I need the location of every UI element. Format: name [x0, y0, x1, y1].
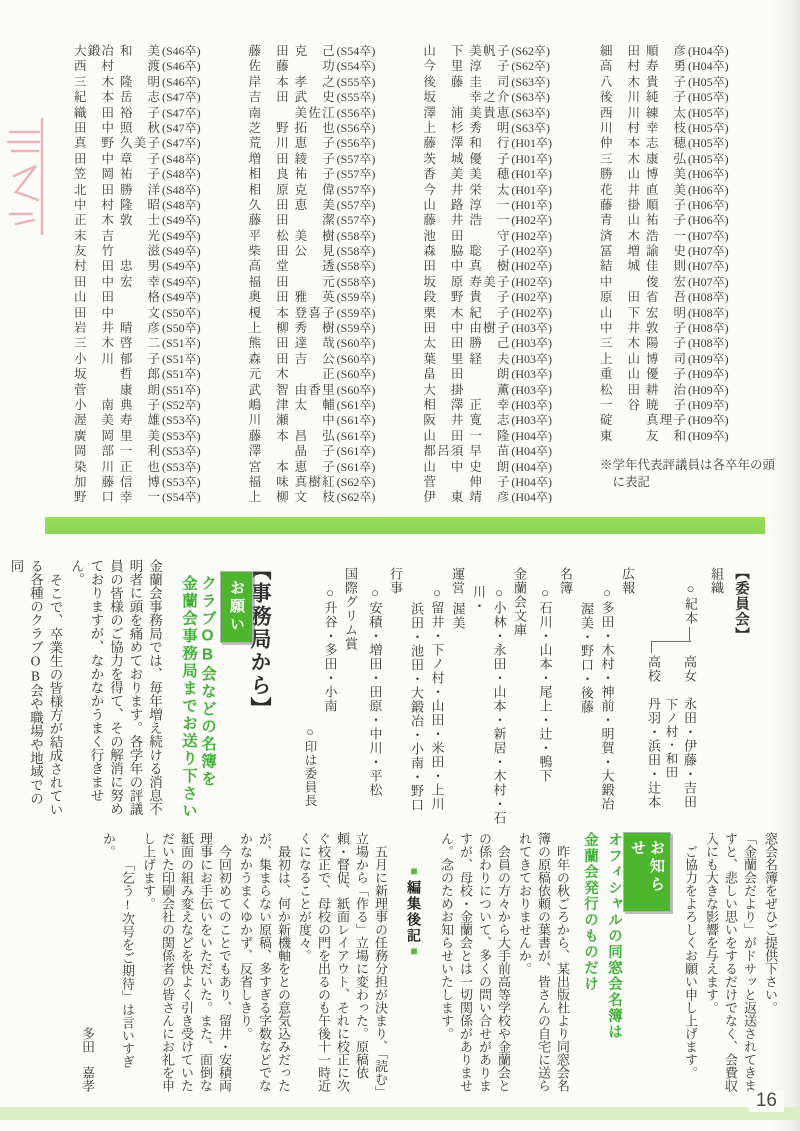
- graduation-year: (S56卒): [337, 121, 376, 135]
- committee-group-label: 広報: [617, 567, 638, 825]
- roster-row: 藤澤和行(H01卒): [423, 136, 552, 151]
- given-name: 幸一: [120, 490, 160, 505]
- given-name: 哲郎: [120, 367, 160, 382]
- graduation-year: (H06卒): [688, 167, 729, 181]
- given-name: 祐子: [120, 167, 160, 182]
- surname: 池田: [423, 229, 463, 244]
- roster-row: 畠田朗(H03卒): [423, 367, 552, 382]
- org-koko-branch: 高校 丹羽・浜田・辻本: [643, 655, 663, 809]
- graduation-year: (S54卒): [162, 490, 201, 504]
- graduation-year: (H02卒): [511, 229, 552, 243]
- graduation-year: (S49卒): [162, 244, 201, 258]
- given-name: 光: [120, 229, 160, 244]
- graduation-year: (H09卒): [688, 398, 729, 412]
- committee-group-members: ○安積・増田・田原・中川・平松: [364, 567, 385, 825]
- surname: 廣岡: [74, 429, 114, 444]
- graduation-year: (S60卒): [337, 336, 376, 350]
- graduation-year: (H03卒): [511, 336, 552, 350]
- graduation-year: (S51卒): [162, 336, 201, 350]
- given-name: 淳子: [469, 59, 509, 74]
- surname: 栗木: [423, 306, 463, 321]
- given-name: 勝洋: [120, 183, 160, 198]
- surname: 太田: [423, 336, 463, 351]
- given-name: 浩一: [646, 229, 686, 244]
- roster-row: 細田順彦(H04卒): [600, 44, 775, 59]
- given-name: 宏明: [646, 306, 686, 321]
- roster-column-3: 山下美帆子(S62卒)今里淳子(S62卒)後藤圭司(S63卒)坂幸之介(S63卒…: [423, 44, 552, 506]
- given-name: 純子: [646, 90, 686, 105]
- surname: 相原: [249, 183, 289, 198]
- given-name: 貴子: [646, 75, 686, 90]
- graduation-year: (S46卒): [162, 59, 201, 73]
- graduation-year: (H01卒): [511, 167, 552, 181]
- roster-row: 澤晶子(S61卒): [249, 444, 376, 459]
- roster-row: 小川郁子(S51卒): [74, 352, 201, 367]
- graduation-year: (S59卒): [337, 306, 376, 320]
- roster-row: 後藤圭司(S63卒): [423, 75, 552, 90]
- given-name: 耕治: [646, 383, 686, 398]
- roster-row: 野口幸一(S54卒): [74, 490, 201, 505]
- graduation-year: (H02卒): [511, 306, 552, 320]
- graduation-year: (S47卒): [162, 136, 201, 150]
- notice-badge: お知らせ: [623, 832, 671, 912]
- given-name: 敦子: [646, 321, 686, 336]
- surname: 勝山: [600, 167, 640, 182]
- graduation-year: (H04卒): [511, 475, 552, 489]
- roster-row: 坂幸之介(S63卒): [423, 90, 552, 105]
- graduation-year: (H09卒): [688, 413, 729, 427]
- graduation-year: (S61卒): [337, 398, 376, 412]
- given-name: 朗: [469, 367, 509, 382]
- graduation-year: (S47卒): [162, 90, 201, 104]
- surname: 都呂須: [423, 444, 463, 459]
- roster-row: 渥美寿雄(S53卒): [74, 413, 201, 428]
- roster-row: 山下美帆子(S62卒): [423, 44, 552, 59]
- roster-row: 香美美穂(H01卒): [423, 167, 552, 182]
- given-name: 文枝: [295, 490, 335, 505]
- graduation-year: (S61卒): [337, 429, 376, 443]
- graduation-year: (H09卒): [688, 352, 729, 366]
- graduation-year: (S47卒): [162, 106, 201, 120]
- surname: 澤: [249, 444, 289, 459]
- surname: 菅: [74, 383, 114, 398]
- graduation-year: (H08卒): [688, 321, 729, 335]
- roster-row: 原田省吾(H08卒): [600, 290, 775, 305]
- graduation-year: (S57卒): [337, 167, 376, 181]
- surname: 藤澤: [423, 136, 463, 151]
- roster-row: 榎本登喜子(S59卒): [249, 306, 376, 321]
- given-name: 郁子: [120, 352, 160, 367]
- roster-row: 真野久美子(S47卒): [74, 136, 201, 151]
- roster-row: 三木康弘(H05卒): [600, 152, 775, 167]
- graduation-year: (H02卒): [511, 213, 552, 227]
- org-kojo-branch: 高女 永田・伊藤・吉田: [679, 655, 699, 809]
- surname: 田中: [423, 321, 463, 336]
- given-name: 由樹子: [469, 321, 509, 336]
- surname: 藤田: [249, 44, 289, 59]
- given-name: 啓二: [120, 336, 160, 351]
- given-name: 秀樹: [295, 321, 335, 336]
- roster-row: 三木陽子(H08卒): [600, 336, 775, 351]
- roster-row: 田中照秋(S47卒): [74, 121, 201, 136]
- given-name: 俊宏: [646, 275, 686, 290]
- surname: 高村: [600, 59, 640, 74]
- graduation-year: (H05卒): [688, 90, 729, 104]
- surname: 岡部: [74, 444, 114, 459]
- committee-group-label: 金蘭会文庫: [509, 567, 530, 825]
- surname: 福田: [249, 275, 289, 290]
- surname: 藤掛: [600, 198, 640, 213]
- surname: 田中: [74, 275, 114, 290]
- roster-row: 田中真樹(H02卒): [423, 259, 552, 274]
- surname: 南: [249, 106, 289, 121]
- surname: 笠岡: [74, 167, 114, 182]
- given-name: 和美: [120, 44, 160, 59]
- paragraph: 「金蘭会だより」がドサッと返送されてきますと、悲しい思いをするだけでなく、会費収…: [702, 832, 759, 1092]
- graduation-year: (S60卒): [337, 352, 376, 366]
- surname: 細田: [600, 44, 640, 59]
- graduation-year: (S63卒): [511, 90, 550, 104]
- roster-row: 坂哲郎(S51卒): [74, 367, 201, 382]
- roster-row: 西川練太(H05卒): [600, 106, 775, 121]
- roster-row: 村田忠男(S49卒): [74, 259, 201, 274]
- surname: 元木: [249, 367, 289, 382]
- given-name: 直美: [646, 183, 686, 198]
- roster-row: 嶋津太輔(S61卒): [249, 398, 376, 413]
- committee-group-label: 名簿: [555, 567, 576, 825]
- given-name: 克己: [295, 44, 335, 59]
- given-name: 幸枝: [646, 121, 686, 136]
- roster-row: 上山博司(H09卒): [600, 352, 775, 367]
- given-name: 圭司: [469, 75, 509, 90]
- surname: 山田: [74, 290, 114, 305]
- graduation-year: (S50卒): [162, 321, 201, 335]
- surname: 武智: [249, 383, 289, 398]
- official-roster-notice: お知らせ オフィシャルの同窓会名簿は 金蘭会発行のものだけ: [580, 832, 671, 1092]
- graduation-year: (S62卒): [337, 475, 376, 489]
- surname: 山田: [423, 429, 463, 444]
- roster-row: 高堂透(S58卒): [249, 259, 376, 274]
- graduation-year: (S57卒): [337, 213, 376, 227]
- surname: 佐藤: [249, 59, 289, 74]
- graduation-year: (H05卒): [688, 106, 729, 120]
- surname: 真野: [74, 136, 114, 151]
- given-name: 一隆: [469, 429, 509, 444]
- roster-column-1: 大鍛冶和美(S46卒)西村渡(S46卒)三木隆明(S46卒)紀本岳志(S47卒)…: [74, 44, 201, 506]
- roster-row: 田中文(S50卒): [74, 306, 201, 321]
- given-name: 隆明: [120, 75, 160, 90]
- roster-row: 今井栄太(H01卒): [423, 183, 552, 198]
- org-tree-connector: [689, 627, 690, 641]
- graduation-year: (S48卒): [162, 183, 201, 197]
- committee-group: 国際グリム賞○升谷・多田・小南: [319, 567, 360, 825]
- roster-row: 久田恵美(S57卒): [249, 198, 376, 213]
- graduation-year: (H07卒): [688, 259, 729, 273]
- roster-row: 森脇聡子(H02卒): [423, 244, 552, 259]
- graduation-year: (S58卒): [337, 259, 376, 273]
- committee-group-members: ○多田・木村・神前・明賀・大鍛冶: [596, 567, 617, 825]
- footer-bar: [0, 1107, 800, 1120]
- roster-row: 結城佳則(H07卒): [600, 259, 775, 274]
- roster-row: 菅伸子(H04卒): [423, 475, 552, 490]
- roster-row: 佐藤功(S54卒): [249, 59, 376, 74]
- given-name: 佳則: [646, 259, 686, 274]
- roster-row: 藤井浩一(H02卒): [423, 213, 552, 228]
- surname: 上杉: [423, 121, 463, 136]
- surname: 中: [600, 275, 640, 290]
- surname: 森田: [249, 352, 289, 367]
- surname: 山下: [423, 44, 463, 59]
- roster-row: 後川純子(H05卒): [600, 90, 775, 105]
- graduation-year: (H02卒): [511, 275, 552, 289]
- request-badge: お願い: [220, 571, 253, 643]
- roster-row: 中井敦子(H08卒): [600, 321, 775, 336]
- committee-section: 【委員会】 組織 ○紀本 高女 永田・伊藤・吉田 下ノ村・和田 高校 丹羽・浜田…: [0, 545, 800, 830]
- given-name: 渡: [120, 59, 160, 74]
- graduation-year: (H08卒): [688, 290, 729, 304]
- surname: 大掛: [423, 383, 463, 398]
- roster-row: 相良祐子(S57卒): [249, 167, 376, 182]
- paragraph: 最初は、何か新機軸をとの意気込みだったが、集まらない原稿、多すぎる字数などでなか…: [236, 832, 293, 1092]
- editor-signature: 多田 嘉孝: [78, 832, 97, 1092]
- given-name: 志穂: [646, 136, 686, 151]
- surname: 渥美: [74, 413, 114, 428]
- surname: 村田: [74, 259, 114, 274]
- surname: 八木: [600, 75, 640, 90]
- roster-row: 上杉秀明(S63卒): [423, 121, 552, 136]
- given-name: 武史: [295, 90, 335, 105]
- given-name: 練太: [646, 106, 686, 121]
- roster-row: 熊田達哉(S60卒): [249, 336, 376, 351]
- given-name: 和行: [469, 136, 509, 151]
- given-name: 恵美: [295, 198, 335, 213]
- given-name: 元: [295, 275, 335, 290]
- given-name: 信博: [120, 475, 160, 490]
- surname: 田中: [74, 152, 114, 167]
- surname: 上柳: [249, 490, 289, 505]
- surname: 柴田: [249, 244, 289, 259]
- given-name: 紀子: [469, 306, 509, 321]
- given-name: 美帆子: [469, 44, 509, 59]
- roster-row: 藤本昌弘(S61卒): [249, 429, 376, 444]
- given-name: 透: [295, 259, 335, 274]
- graduation-year: (H01卒): [511, 198, 552, 212]
- surname: 加藤: [74, 475, 114, 490]
- given-name: 勝己: [469, 336, 509, 351]
- surname: 川瀬: [249, 413, 289, 428]
- given-name: 綾子: [295, 152, 335, 167]
- roster-row: 正木敦士(S49卒): [74, 213, 201, 228]
- roster-row: 岸本孝之(S55卒): [249, 75, 376, 90]
- newsletter-page: 大鍛冶和美(S46卒)西村渡(S46卒)三木隆明(S46卒)紀本岳志(S47卒)…: [0, 0, 800, 1131]
- surname: 小川: [74, 352, 114, 367]
- given-name: 祐子: [295, 167, 335, 182]
- given-name: 浩一: [469, 213, 509, 228]
- roster-row: 松田耕治(H09卒): [600, 383, 775, 398]
- graduation-year: (S61卒): [337, 444, 376, 458]
- surname: 相澤: [423, 398, 463, 413]
- surname: 大鍛冶: [74, 44, 114, 59]
- paragraph: 窓会名簿をぜひご提供下さい。: [761, 832, 780, 1092]
- surname: 相良: [249, 167, 289, 182]
- org-tree-connector: [651, 642, 652, 653]
- given-name: 照秋: [120, 121, 160, 136]
- postscript-header-label: 編集後記: [406, 880, 422, 944]
- roster-row: 段野貴子(H02卒): [423, 290, 552, 305]
- roster-row: 小南典子(S52卒): [74, 398, 201, 413]
- roster-row: 相澤正幸(H03卒): [423, 398, 552, 413]
- graduation-year: (S55卒): [337, 75, 376, 89]
- roster-row: 中俊宏(H07卒): [600, 275, 775, 290]
- surname: 平松: [249, 229, 289, 244]
- paragraph: 五月に新理事の任務分担が決まり、「読む」立場から「作る」立場に変わった。原稿依頼…: [295, 832, 390, 1092]
- graduation-year: (H04卒): [511, 444, 552, 458]
- paragraph: 会員の方々から大手前高等学校や金蘭会との係わりについて、多くの問い合せがあります…: [437, 832, 513, 1092]
- roster-row: 一谷暁子(H09卒): [600, 398, 775, 413]
- green-square-icon: ■: [407, 944, 421, 960]
- surname: 奥田: [249, 290, 289, 305]
- given-name: 守: [469, 229, 509, 244]
- roster-row: 仲本志穂(H05卒): [600, 136, 775, 151]
- given-name: 宏幸: [120, 275, 160, 290]
- surname: 山下: [600, 306, 640, 321]
- roster-row: 藤掛順子(H06卒): [600, 198, 775, 213]
- roster-column-2: 藤田克己(S54卒)佐藤功(S54卒)岸本孝之(S55卒)吉田武史(S55卒)南…: [249, 44, 376, 506]
- given-name: 順彦: [646, 44, 686, 59]
- roster-row: 吉田武史(S55卒): [249, 90, 376, 105]
- given-name: 靖彦: [469, 490, 509, 505]
- graduation-year: (H01卒): [511, 152, 552, 166]
- graduation-year: (S62卒): [337, 490, 376, 504]
- roster-row: 宮本恵子(S61卒): [249, 460, 376, 475]
- chief-note: ○印は委員長: [300, 725, 320, 808]
- given-name: 章子: [120, 152, 160, 167]
- given-name: 孝之: [295, 75, 335, 90]
- request-title-line2: 金蘭会事務局までお送り下さい: [178, 575, 198, 820]
- given-name: 里美: [120, 429, 160, 444]
- graduation-year: (H09卒): [688, 383, 729, 397]
- graduation-year: (S53卒): [162, 413, 201, 427]
- given-name: 寛志: [469, 413, 509, 428]
- roster-row: 加藤信博(S53卒): [74, 475, 201, 490]
- given-name: 克偉: [295, 183, 335, 198]
- graduation-year: (S62卒): [511, 59, 550, 73]
- surname: 冨増: [600, 244, 640, 259]
- roster-row: 山田格(S49卒): [74, 290, 201, 305]
- surname: 西川: [600, 106, 640, 121]
- surname: 葉里: [423, 352, 463, 367]
- roster-row: 今里淳子(S62卒): [423, 59, 552, 74]
- graduation-year: (S56卒): [337, 106, 376, 120]
- roster-row: 平松美樹(S58卒): [249, 229, 376, 244]
- surname: 正木: [74, 213, 114, 228]
- surname: 後藤: [423, 75, 463, 90]
- graduation-year: (S55卒): [337, 90, 376, 104]
- roster-row: 高村寿勇(H04卒): [600, 59, 775, 74]
- given-name: 優子: [646, 367, 686, 382]
- graduation-year: (S51卒): [162, 383, 201, 397]
- graduation-year: (H02卒): [511, 259, 552, 273]
- graduation-year: (S63卒): [511, 106, 550, 120]
- graduation-year: (H05卒): [688, 136, 729, 150]
- roster-row: 森田吉公(S60卒): [249, 352, 376, 367]
- surname: 阪井: [423, 413, 463, 428]
- surname: 森脇: [423, 244, 463, 259]
- surname: 中井: [600, 321, 640, 336]
- given-name: 幸之介: [469, 90, 509, 105]
- graduation-year: (S57卒): [337, 152, 376, 166]
- surname: 山中: [423, 460, 463, 475]
- given-name: 美穂: [469, 167, 509, 182]
- roster-row: 碇真理子(H09卒): [600, 413, 775, 428]
- surname: 芝野: [249, 121, 289, 136]
- graduation-year: (H03卒): [511, 352, 552, 366]
- committee-group-members: ○升谷・多田・小南: [319, 567, 340, 825]
- roster-row: 岡部一利(S53卒): [74, 444, 201, 459]
- roster-row: 栗木紀子(H02卒): [423, 306, 552, 321]
- surname: 三木: [74, 75, 114, 90]
- given-name: 美樹: [295, 229, 335, 244]
- surname: 後川: [600, 90, 640, 105]
- roster-row: 上柳秀樹(S59卒): [249, 321, 376, 336]
- roster-row: 坂原寿美子(H02卒): [423, 275, 552, 290]
- surname: 澤浦: [423, 106, 463, 121]
- committee-header: 【委員会】: [731, 565, 751, 643]
- roster-row: 川瀬中(S61卒): [249, 413, 376, 428]
- org-group-label: 組織: [706, 567, 726, 595]
- given-name: 真樹紅: [295, 475, 335, 490]
- surname: 久田: [249, 198, 289, 213]
- roster-row: 冨増諭史(H07卒): [600, 244, 775, 259]
- graduation-year: (S61卒): [337, 413, 376, 427]
- roster-row: 染川正也(S53卒): [74, 460, 201, 475]
- office-section-header: 【事務局から】: [250, 559, 270, 720]
- graduate-roster: 大鍛冶和美(S46卒)西村渡(S46卒)三木隆明(S46卒)紀本岳志(S47卒)…: [74, 44, 775, 506]
- graduation-year: (H02卒): [511, 244, 552, 258]
- given-name: 雅英: [295, 290, 335, 305]
- given-name: 伸子: [469, 475, 509, 490]
- graduation-year: (H03卒): [511, 398, 552, 412]
- committee-group-label: 行事: [385, 567, 406, 825]
- given-name: 薫: [469, 383, 509, 398]
- graduation-year: (H04卒): [511, 460, 552, 474]
- committee-group: 広報○多田・木村・神前・明賀・大鍛冶渥美・野口・後藤: [576, 567, 638, 825]
- committee-group-members: ○小林・永田・山本・新居・木村・石川・: [468, 567, 509, 825]
- given-name: 真樹: [469, 259, 509, 274]
- graduation-year: (H01卒): [511, 136, 552, 150]
- surname: 青山: [600, 213, 640, 228]
- graduation-year: (H03卒): [511, 321, 552, 335]
- given-name: 淳一: [469, 198, 509, 213]
- roster-row: 南美佐江(S56卒): [249, 106, 376, 121]
- graduation-year: (S46卒): [162, 44, 201, 58]
- given-name: 美佐江: [295, 106, 335, 121]
- postscript-header: ■編集後記■: [404, 832, 423, 1092]
- surname: 上山: [600, 352, 640, 367]
- given-name: 滋: [120, 244, 160, 259]
- surname: 茨城: [423, 152, 463, 167]
- given-name: 史朗: [469, 460, 509, 475]
- roster-row: 相原克偉(S57卒): [249, 183, 376, 198]
- surname: 榎本: [249, 306, 289, 321]
- surname: 碇: [600, 413, 640, 428]
- notice-title-line2: 金蘭会発行のものだけ: [580, 832, 599, 1092]
- graduation-year: (S51卒): [162, 367, 201, 381]
- given-name: 順子: [646, 198, 686, 213]
- surname: 野口: [74, 490, 114, 505]
- surname: 福味: [249, 475, 289, 490]
- committee-group-label: 国際グリム賞: [340, 567, 361, 825]
